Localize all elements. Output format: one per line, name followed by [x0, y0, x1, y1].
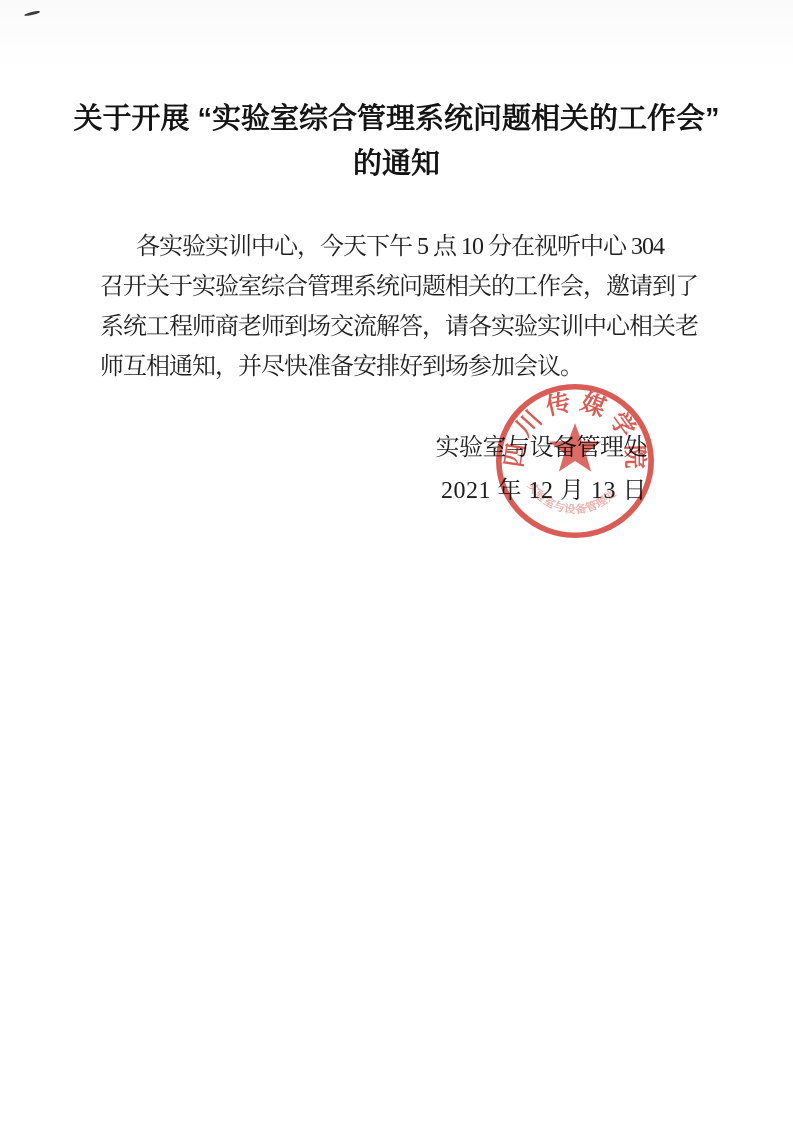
notice-body-line: 召开关于实验室综合管理系统问题相关的工作会，邀请到了: [100, 267, 700, 307]
notice-body-line: 师互相通知，并尽快准备安排好到场参加会议。: [100, 347, 700, 387]
scan-tint: [0, 0, 793, 70]
notice-title: 关于开展 “实验室综合管理系统问题相关的工作会” 的通知: [0, 97, 793, 187]
notice-body: 各实验实训中心，今天下午 5 点 10 分在视听中心 304 召开关于实验室综合…: [100, 227, 700, 387]
official-seal-graphic: 四川传媒学院 实验室与设备管理处: [494, 382, 656, 540]
notice-body-line: 各实验实训中心，今天下午 5 点 10 分在视听中心 304: [100, 227, 700, 267]
scan-pen-mark: [24, 10, 40, 17]
seal-footer-text: 实验室与设备管理处: [525, 479, 619, 516]
notice-body-line: 系统工程师商老师到场交流解答，请各实验实训中心相关老: [100, 307, 700, 347]
notice-document: 关于开展 “实验室综合管理系统问题相关的工作会” 的通知 各实验实训中心，今天下…: [0, 0, 793, 1122]
notice-title-line1: 关于开展 “实验室综合管理系统问题相关的工作会”: [0, 97, 793, 142]
notice-title-line2: 的通知: [0, 142, 793, 187]
seal-star-icon: [549, 423, 601, 472]
official-seal: 四川传媒学院 实验室与设备管理处: [494, 382, 656, 540]
